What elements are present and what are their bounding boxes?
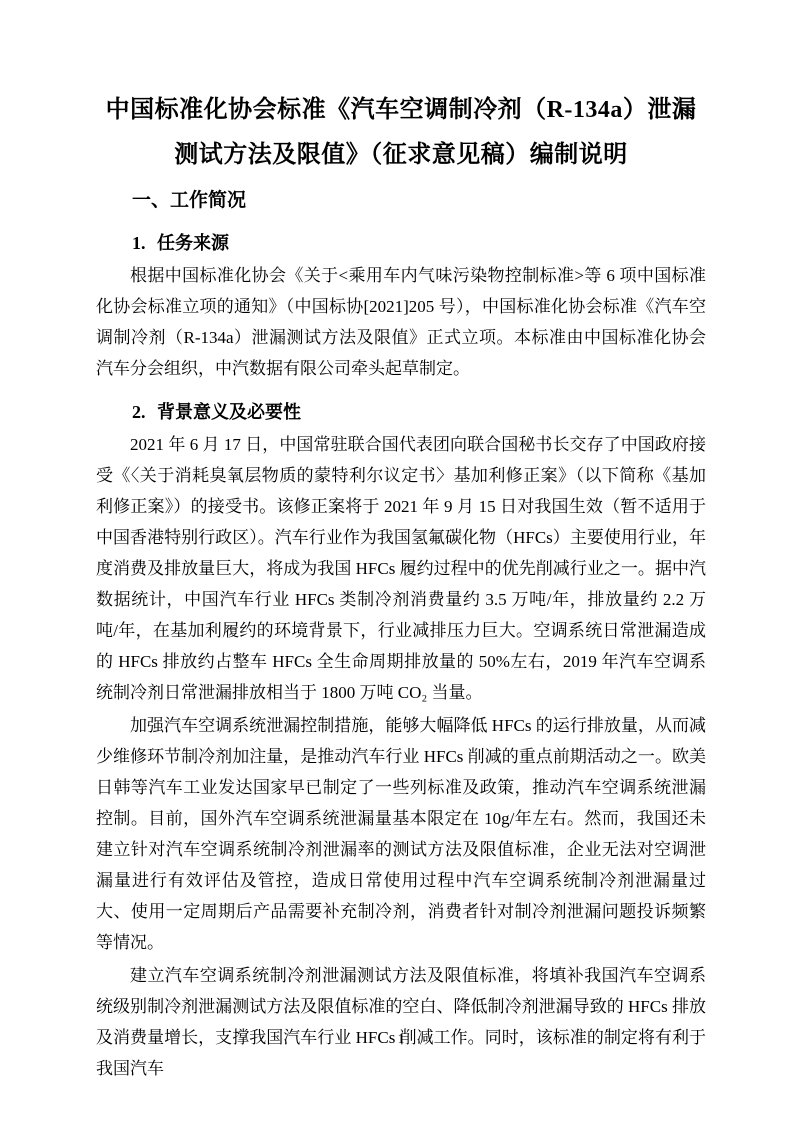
document-page: 中国标准化协会标准《汽车空调制冷剂（R-134a）泄漏测试方法及限值》（征求意见… [0,0,793,1122]
subsection-heading-task-source: 1. 任务来源 [132,229,706,257]
paragraph-background-1: 2021 年 6 月 17 日，中国常驻联合国代表团向联合国秘书长交存了中国政府… [96,429,706,708]
document-title: 中国标准化协会标准《汽车空调制冷剂（R-134a）泄漏测试方法及限值》（征求意见… [96,88,706,178]
subsection-heading-background-significance: 2. 背景意义及必要性 [132,398,706,426]
paragraph-background-3: 建立汽车空调系统制冷剂泄漏测试方法及限值标准，将填补我国汽车空调系统级别制冷剂泄… [96,960,706,1084]
paragraph-task-source: 根据中国标准化协会《关于<乘用车内气味污染物控制标准>等 6 项中国标准化协会标… [96,260,706,384]
section-heading-work-overview: 一、工作简况 [132,187,706,215]
paragraph-background-2: 加强汽车空调系统泄漏控制措施，能够大幅降低 HFCs 的运行排放量，从而减少维修… [96,710,706,958]
page-number: 1 [96,1030,706,1050]
